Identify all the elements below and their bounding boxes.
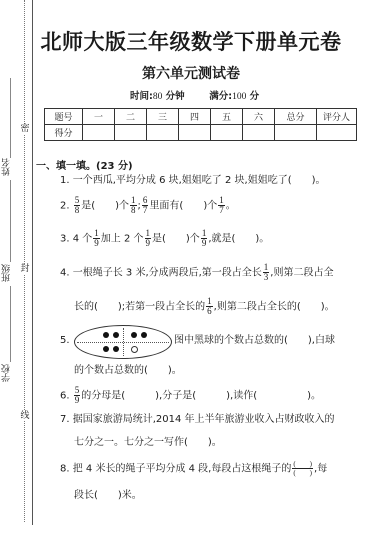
black-ball	[113, 346, 119, 352]
fraction-blank: ( )( )	[292, 460, 313, 477]
question-2: 2. 58是( )个18;67里面有( )个17。	[60, 196, 236, 215]
fraction: 19	[93, 229, 100, 248]
ball-diagram	[74, 325, 172, 359]
fraction: 67	[142, 196, 149, 215]
score-unit: 分	[250, 91, 260, 102]
denominator: 9	[145, 239, 152, 248]
q8-text: 8. 把 4 米长的绳子平均分成 4 段,每段占这根绳子的	[60, 464, 291, 475]
name-blank-line	[10, 78, 11, 158]
q6-text: 的分母是( ),分子是( ),读作( )。	[81, 391, 321, 402]
black-ball	[113, 332, 119, 338]
divider-vertical	[123, 328, 124, 356]
score-table: 题号 一 二 三 四 五 六 总分 评分人 得分	[44, 108, 357, 141]
fraction: 17	[218, 196, 225, 215]
score-label: 满分:	[209, 91, 232, 102]
denominator: 9	[93, 239, 100, 248]
header-cell: 三	[147, 109, 179, 125]
header-cell: 一	[83, 109, 115, 125]
q2-number: 2.	[60, 201, 70, 212]
question-4-line2: 长的( );若第一段占全长的16,则第二段占全长的( )。	[74, 297, 335, 316]
black-ball	[103, 332, 109, 338]
score-cell[interactable]	[115, 125, 147, 141]
numerator-blank: ( )	[292, 460, 313, 469]
q6-number: 6.	[60, 391, 70, 402]
q4-text: ,则第二段占全长的( )。	[214, 302, 335, 313]
fraction: 19	[145, 229, 152, 248]
score-cell[interactable]	[275, 125, 317, 141]
q3-text: 是( )个	[152, 234, 200, 245]
fraction: 19	[201, 229, 208, 248]
page-subtitle: 第六单元测试卷	[0, 63, 382, 83]
black-ball	[103, 346, 109, 352]
q3-text: ,就是( )。	[208, 234, 269, 245]
header-cell: 六	[243, 109, 275, 125]
q2-text: 里面有( )个	[149, 201, 217, 212]
exam-meta: 时间:80 分钟 满分:100 分	[130, 88, 259, 102]
class-blank-line	[10, 180, 11, 262]
q2-text: 是( )个	[81, 201, 129, 212]
header-cell: 评分人	[317, 109, 357, 125]
q4-text: 长的( );若第一段占全长的	[74, 302, 205, 313]
question-7-line2: 七分之一。七分之一写作( )。	[74, 436, 222, 450]
question-7-line1: 7. 据国家旅游局统计,2014 年上半年旅游业收入占财政收入的	[60, 413, 335, 427]
q2-text: ;	[138, 201, 141, 212]
question-3: 3. 4 个19加上 2 个19是( )个19,就是( )。	[60, 229, 269, 248]
seal-char-feng: 封	[20, 264, 30, 274]
question-1: 1. 一个西瓜,平均分成 6 块,姐姐吃了 2 块,姐姐吃了( )。	[60, 174, 326, 188]
denominator: 8	[130, 206, 137, 215]
header-cell: 五	[211, 109, 243, 125]
class-field-label: 班级	[2, 264, 12, 282]
denominator: 9	[74, 396, 81, 405]
black-ball	[131, 332, 137, 338]
school-blank-line	[10, 286, 11, 362]
score-table-score-row: 得分	[45, 125, 357, 141]
denominator: 7	[142, 206, 149, 215]
time-label: 时间:	[130, 91, 153, 102]
school-field-label: 学校	[2, 364, 12, 382]
question-6: 6. 59的分母是( ),分子是( ),读作( )。	[60, 386, 321, 405]
score-cell[interactable]	[179, 125, 211, 141]
q2-text: 。	[226, 201, 236, 212]
header-cell: 四	[179, 109, 211, 125]
q8-text: ,每	[314, 464, 327, 475]
denominator: 9	[201, 239, 208, 248]
denominator: 8	[74, 206, 81, 215]
fraction: 59	[74, 386, 81, 405]
score-value: 100	[232, 92, 246, 102]
score-cell[interactable]	[211, 125, 243, 141]
time-value: 80	[153, 92, 163, 102]
header-cell: 总分	[275, 109, 317, 125]
denominator: 3	[263, 273, 270, 282]
denominator: 6	[206, 307, 213, 316]
question-4-line1: 4. 一根绳子长 3 米,分成两段后,第一段占全长13,则第二段占全	[60, 263, 333, 282]
time-unit: 分钟	[166, 91, 185, 102]
question-5-line1: 图中黑球的个数占总数的( ),白球	[174, 334, 335, 348]
score-cell[interactable]	[83, 125, 115, 141]
fraction: 13	[263, 263, 270, 282]
header-cell: 二	[115, 109, 147, 125]
seal-char-mi: 密	[20, 124, 30, 134]
black-ball	[141, 332, 147, 338]
question-8-line1: 8. 把 4 米长的绳子平均分成 4 段,每段占这根绳子的( )( ),每	[60, 460, 327, 477]
section-heading: 一、填一填。(23 分)	[36, 157, 133, 172]
q3-text: 加上 2 个	[101, 234, 144, 245]
score-row-label: 得分	[45, 125, 83, 141]
fraction: 58	[74, 196, 81, 215]
denominator-blank: ( )	[292, 469, 313, 477]
fraction: 18	[130, 196, 137, 215]
fraction: 16	[206, 297, 213, 316]
score-table-header-row: 题号 一 二 三 四 五 六 总分 评分人	[45, 109, 357, 125]
question-8-line2: 段长( )米。	[74, 489, 142, 503]
seal-char-xian: 线	[20, 411, 30, 421]
page-title: 北师大版三年级数学下册单元卷	[0, 26, 382, 56]
question-5-number: 5.	[60, 334, 70, 348]
q3-text: 3. 4 个	[60, 234, 92, 245]
name-field-label: 姓名	[2, 158, 12, 176]
score-cell[interactable]	[147, 125, 179, 141]
q4-text: 4. 一根绳子长 3 米,分成两段后,第一段占全长	[60, 268, 262, 279]
score-cell[interactable]	[243, 125, 275, 141]
question-5-line2: 的个数占总数的( )。	[74, 364, 182, 378]
denominator: 7	[218, 206, 225, 215]
q4-text: ,则第二段占全	[270, 268, 333, 279]
white-ball	[131, 346, 138, 353]
score-cell[interactable]	[317, 125, 357, 141]
header-cell: 题号	[45, 109, 83, 125]
